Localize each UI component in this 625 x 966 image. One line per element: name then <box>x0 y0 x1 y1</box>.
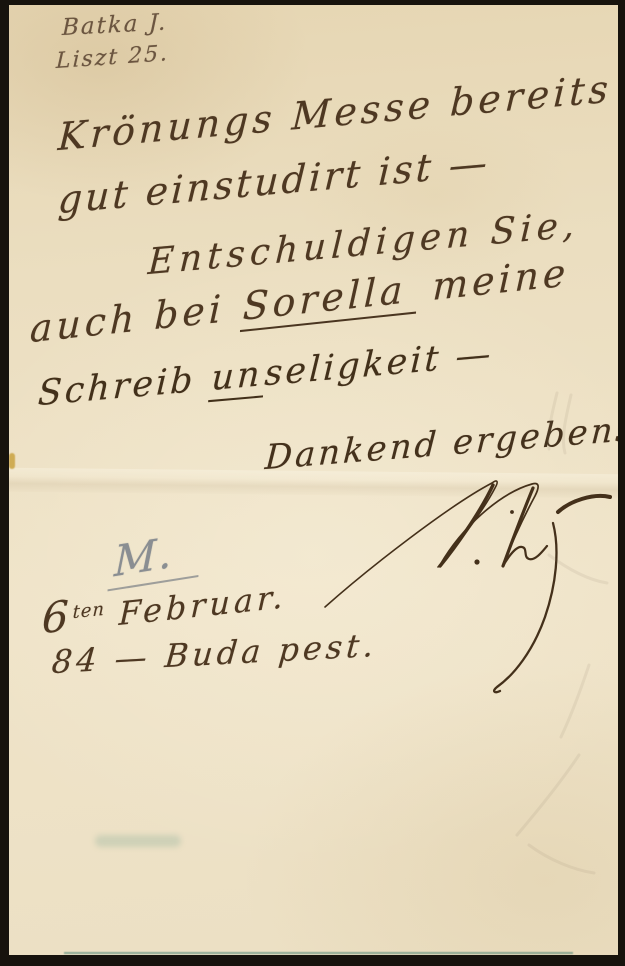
archival-note-line2: Liszt 25. <box>56 41 170 74</box>
dateline-day-suffix: ten <box>72 599 105 624</box>
underlined-word-sorella: Sorella <box>240 266 417 332</box>
letter-page: Batka J. Liszt 25. Krönungs Messe bereit… <box>9 5 618 955</box>
letter-line-1: Krönungs Messe bereits <box>57 66 613 159</box>
show-through-smudge <box>95 835 181 847</box>
dateline-month: Februar. <box>104 577 287 634</box>
dateline-day-number: 6 <box>41 591 73 644</box>
letter-line-5: Schreib unseligkeit — <box>37 334 495 414</box>
archival-note-line1: Batka J. <box>62 9 168 41</box>
scan-background: Batka J. Liszt 25. Krönungs Messe bereit… <box>0 0 625 966</box>
scanner-edge-artifact <box>64 952 573 955</box>
underlined-prefix-un: un <box>208 354 265 402</box>
signature-flourish <box>300 455 618 725</box>
letter-line-5-post: seligkeit — <box>263 334 494 394</box>
letter-line-4-pre: auch bei <box>29 285 241 352</box>
edge-speck <box>9 453 15 469</box>
signature <box>300 455 618 725</box>
letter-line-5-pre: Schreib <box>37 359 211 414</box>
letter-line-4-post: meine <box>416 250 570 310</box>
